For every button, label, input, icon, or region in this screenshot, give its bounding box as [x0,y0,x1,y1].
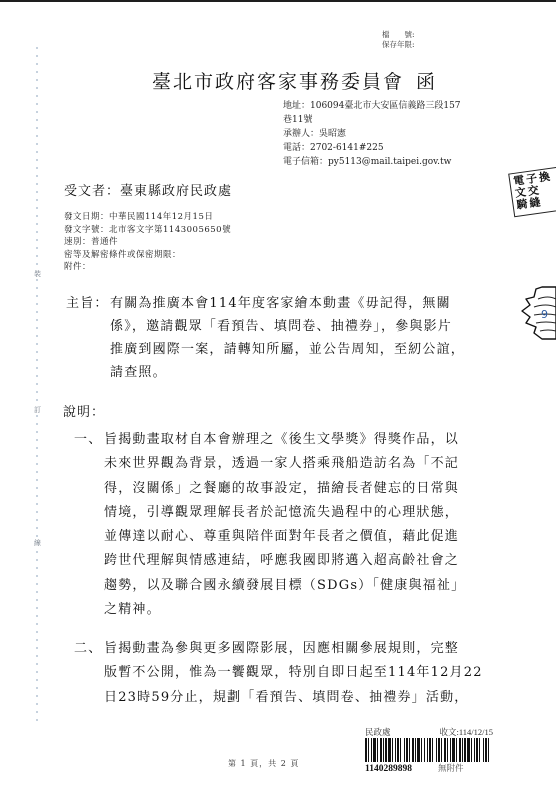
stamp-char [540,183,555,197]
item-line: 跨世代理解與情感連結，呼應我國即將邁入超高齡社會之 [104,549,465,573]
item-line: 情境，引導觀眾理解長者於記憶流失過程中的心理狀態， [104,501,465,525]
item-body: 旨揭動畫取材自本會辦理之《後生文學獎》得獎作品，以 未來世界觀為背景，透過一家人… [104,428,465,622]
attachments: 附件： [64,261,231,274]
item-line: 未來世界觀為背景，透過一家人搭乘飛船造訪名為「不記 [104,452,465,476]
item-line: 旨揭動畫取材自本會辦理之《後生文學獎》得獎作品，以 [104,428,465,452]
barcode [365,738,493,762]
agency-name: 臺北市政府客家事務委員會 [152,71,404,93]
subject-section: 主旨： 有關為推廣本會114年度客家繪本動畫《毋記得，無關 係》，邀請觀眾「看預… [66,292,486,384]
item-line: 並傳達以耐心、尊重與陪伴面對年長者之價值，藉此促進 [104,525,465,549]
receiving-unit: 民政處 [365,727,391,737]
barcode-number: 1140289898 [365,764,412,775]
item-number: 二、 [74,637,102,661]
item-body: 旨揭動畫為參與更多國際影展，因應相關參展規則，完整 版暫不公開，惟為一饗觀眾，特… [104,637,483,710]
explanation-item-2: 二、 旨揭動畫為參與更多國際影展，因應相關參展規則，完整 版暫不公開，惟為一饗觀… [74,637,483,710]
address-line-1: 地址：106094臺北市大安區信義路三段157 [283,99,461,113]
attachment-note: 無附件 [438,763,464,774]
document-type: 函 [416,71,437,93]
item-line: 之精神。 [104,598,465,622]
binding-mark-bind: 裝 [33,270,42,278]
item-number: 一、 [74,428,102,452]
document-title: 臺北市政府客家事務委員會函 [152,67,437,94]
document-number: 發文字號：北市客文字第1143005650號 [64,224,231,237]
subject-line: 係》，邀請觀眾「看預告、填問卷、抽禮券」，參與影片 [110,315,486,338]
receipt-footer: 1140289898 無附件 [365,763,493,775]
binding-mark-staple: 訂 [33,406,42,414]
address-line-2: 巷11號 [283,113,461,127]
handler: 承辦人：吳昭憲 [283,127,461,141]
binding-dotted-line [36,44,38,724]
item-line: 得，沒關係」之餐廳的故事設定，描繪長者健忘的日常與 [104,477,465,501]
subject-line: 請查照。 [110,361,486,384]
subject-label: 主旨： [66,292,109,315]
received-date: 收文:114/12/15 [439,727,493,737]
email: 電子信箱：py5113@mail.taipei.gov.tw [283,155,461,169]
receipt-header: 民政處 收文:114/12/15 [365,727,493,737]
binding-mark-line: 線 [33,539,42,547]
document-meta: 發文日期：中華民國114年12月15日 發文字號：北市客文字第114300565… [64,211,231,274]
classification: 密等及解密條件或保密期限： [64,249,231,262]
stamp-char: 縫 [529,196,544,210]
subject-line: 有關為推廣本會114年度客家繪本動畫《毋記得，無關 [110,292,486,315]
recipient: 受文者：臺東縣政府民政處 [64,180,232,199]
page-number: 第 1 頁，共 2 頁 [228,758,299,769]
item-line: 趨勢，以及聯合國永續發展目標（SDGs）「健康與福祉」 [104,574,465,598]
file-meta: 檔 號: 保存年限: [382,30,415,50]
seal-stamp-icon: 9 [516,283,556,343]
top-border [0,0,556,2]
subject-body: 有關為推廣本會114年度客家繪本動畫《毋記得，無關 係》，邀請觀眾「看預告、填問… [110,292,486,384]
issue-date: 發文日期：中華民國114年12月15日 [64,211,231,224]
explanation-item-1: 一、 旨揭動畫取材自本會辦理之《後生文學獎》得獎作品，以 未來世界觀為背景，透過… [74,428,465,622]
subject-line: 推廣到國際一案，請轉知所屬，並公告周知，至紉公誼， [110,338,486,361]
item-line: 日23時59分止，規劃「看預告、填問卷、抽禮券」活動， [104,686,483,710]
archive-number-label: 檔 號: [382,30,415,40]
e-document-exchange-stamp: 電 子 換 文 交 騎 縫 [508,167,556,218]
item-line: 旨揭動畫為參與更多國際影展，因應相關參展規則，完整 [104,637,483,661]
retention-period-label: 保存年限: [382,40,415,50]
contact-block: 地址：106094臺北市大安區信義路三段157 巷11號 承辦人：吳昭憲 電話：… [283,99,461,169]
phone: 電話：2702-6141#225 [283,141,461,155]
receipt-stamp: 民政處 收文:114/12/15 1140289898 無附件 [365,727,493,775]
delivery-speed: 速別：普通件 [64,236,231,249]
seal-digit: 9 [541,308,548,321]
item-line: 版暫不公開，惟為一饗觀眾，特別自即日起至114年12月22 [104,661,483,685]
explanation-label: 說明： [63,401,105,420]
binding-margin: 裝 訂 線 [36,44,40,724]
